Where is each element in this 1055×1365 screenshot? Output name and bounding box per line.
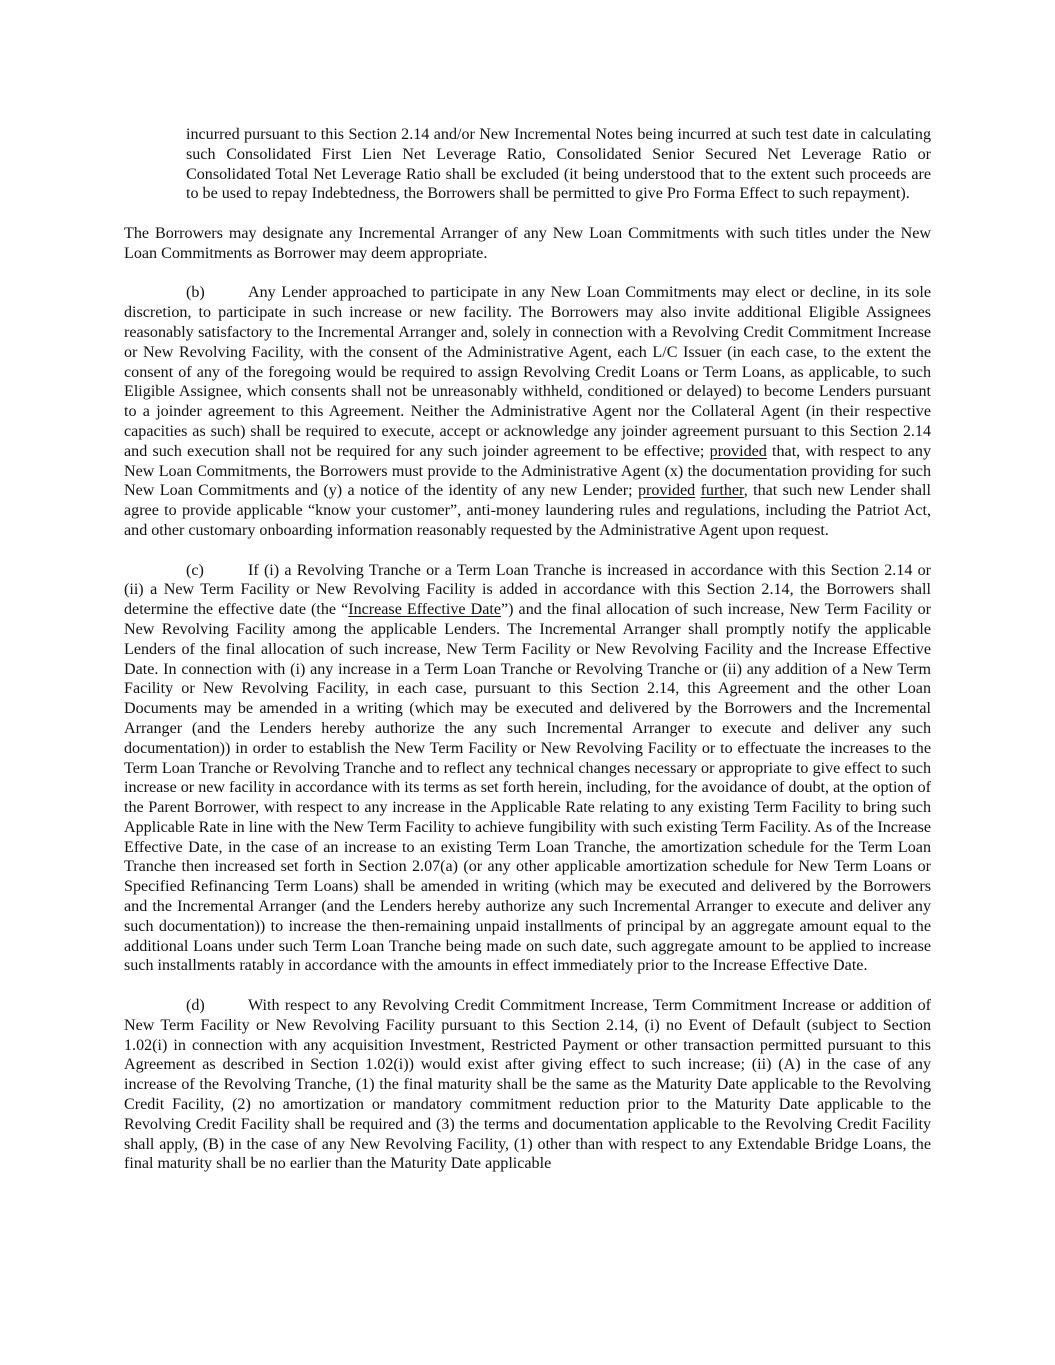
increase-effective-date-term: Increase Effective Date [348, 601, 501, 618]
paragraph-c-text-2: ”) and the final allocation of such incr… [124, 601, 931, 974]
provided-term: provided [710, 443, 767, 460]
continuation-block: incurred pursuant to this Section 2.14 a… [186, 125, 931, 204]
paragraph-d: (d)With respect to any Revolving Credit … [124, 996, 931, 1174]
paragraph-spacer [124, 264, 931, 284]
paragraph-b: (b)Any Lender approached to participate … [124, 283, 931, 540]
paragraph-spacer [124, 204, 931, 224]
further-term: further [701, 482, 744, 499]
paragraph-d-text: With respect to any Revolving Credit Com… [124, 997, 931, 1172]
paragraph-label-c: (c) [186, 561, 248, 581]
designation-paragraph: The Borrowers may designate any Incremen… [124, 224, 931, 264]
provided-term: provided [638, 482, 695, 499]
paragraph-label-d: (d) [186, 996, 248, 1016]
paragraph-b-text-1: Any Lender approached to participate in … [124, 284, 931, 459]
document-page: incurred pursuant to this Section 2.14 a… [124, 125, 931, 1174]
paragraph-c: (c)If (i) a Revolving Tranche or a Term … [124, 561, 931, 977]
paragraph-label-b: (b) [186, 283, 248, 303]
paragraph-spacer [124, 541, 931, 561]
paragraph-spacer [124, 976, 931, 996]
